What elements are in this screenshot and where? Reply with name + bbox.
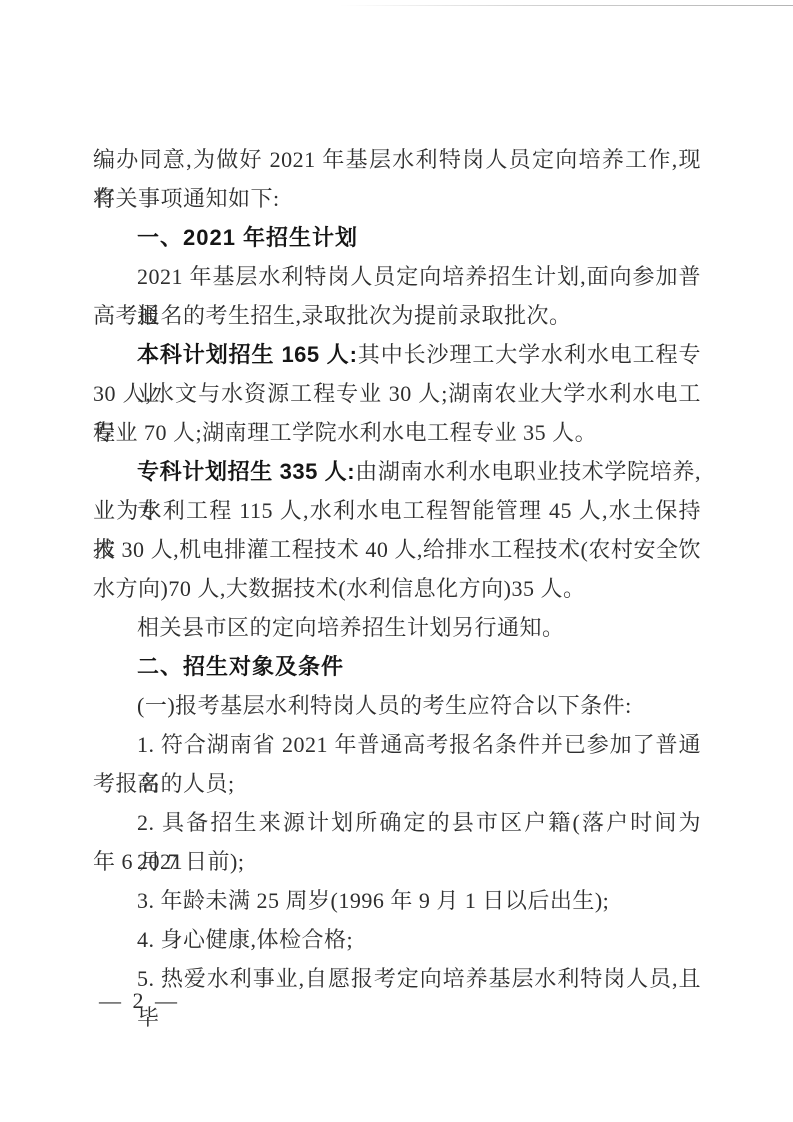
text-line: 4. 身心健康,体检合格;	[93, 920, 701, 959]
text-line: (一)报考基层水利特岗人员的考生应符合以下条件:	[93, 686, 701, 725]
text-line: 编办同意,为做好 2021 年基层水利特岗人员定向培养工作,现将	[93, 140, 701, 179]
scan-artifact-line	[340, 5, 793, 6]
text-line: 本科计划招生 165 人:其中长沙理工大学水利水电工程专业	[93, 335, 701, 374]
text-line: 2021 年基层水利特岗人员定向培养招生计划,面向参加普通	[93, 257, 701, 296]
text-line: 5. 热爱水利事业,自愿报考定向培养基层水利特岗人员,且毕	[93, 959, 701, 998]
text-line: 30 人,水文与水资源工程专业 30 人;湖南农业大学水利水电工程	[93, 374, 701, 413]
text-line: 专科计划招生 335 人:由湖南水利水电职业技术学院培养,专	[93, 452, 701, 491]
text-line: 年 6 月 7 日前);	[93, 842, 701, 881]
section-heading: 二、招生对象及条件	[93, 647, 701, 686]
bold-run: 专科计划招生 335 人:	[137, 459, 355, 484]
bold-run: 本科计划招生 165 人:	[137, 342, 357, 367]
text-line: 1. 符合湖南省 2021 年普通高考报名条件并已参加了普通高	[93, 725, 701, 764]
section-heading: 一、2021 年招生计划	[93, 218, 701, 257]
text-line: 水方向)70 人,大数据技术(水利信息化方向)35 人。	[93, 569, 701, 608]
document-page: 编办同意,为做好 2021 年基层水利特岗人员定向培养工作,现将有关事项通知如下…	[0, 0, 793, 1122]
text-line: 2. 具备招生来源计划所确定的县市区户籍(落户时间为 2021	[93, 803, 701, 842]
text-line: 考报名的人员;	[93, 764, 701, 803]
text-line: 术 30 人,机电排灌工程技术 40 人,给排水工程技术(农村安全饮	[93, 530, 701, 569]
document-lines: 编办同意,为做好 2021 年基层水利特岗人员定向培养工作,现将有关事项通知如下…	[93, 140, 701, 998]
text-line: 相关县市区的定向培养招生计划另行通知。	[93, 608, 701, 647]
text-line: 有关事项通知如下:	[93, 179, 701, 218]
page-number: — 2 —	[99, 988, 180, 1014]
text-line: 业为水利工程 115 人,水利水电工程智能管理 45 人,水土保持技	[93, 491, 701, 530]
text-line: 专业 70 人;湖南理工学院水利水电工程专业 35 人。	[93, 413, 701, 452]
text-line: 3. 年龄未满 25 周岁(1996 年 9 月 1 日以后出生);	[93, 881, 701, 920]
text-line: 高考报名的考生招生,录取批次为提前录取批次。	[93, 296, 701, 335]
